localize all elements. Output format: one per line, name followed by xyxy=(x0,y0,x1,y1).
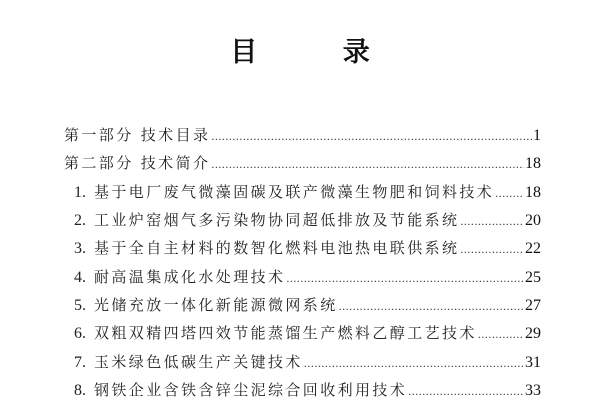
toc-item-label: 光储充放一体化新能源微网系统 xyxy=(94,296,338,314)
toc-item-3[interactable]: 3.基于全自主材料的数智化燃料电池热电联供系统 22 xyxy=(74,235,541,261)
dot-leader xyxy=(211,151,524,177)
toc-item-label: 耐高温集成化水处理技术 xyxy=(94,268,285,286)
toc-page-number: 29 xyxy=(525,321,541,347)
toc-page-number: 18 xyxy=(525,151,541,177)
toc-item-label: 玉米绿色低碳生产关键技术 xyxy=(94,353,303,371)
toc-page-number: 20 xyxy=(525,208,541,234)
toc-item-6[interactable]: 6.双粗双精四塔四效节能蒸馏生产燃料乙醇工艺技术 29 xyxy=(74,320,541,346)
toc-item-label: 基于全自主材料的数智化燃料电池热电联供系统 xyxy=(94,239,459,257)
toc-part-2[interactable]: 第二部分 技术简介 18 xyxy=(64,150,541,176)
toc-item-number: 7. xyxy=(74,354,86,371)
dot-leader xyxy=(408,378,524,400)
toc-page-number: 1 xyxy=(533,123,541,149)
toc-item-label: 双粗双精四塔四效节能蒸馏生产燃料乙醇工艺技术 xyxy=(94,324,477,342)
toc-item-number: 8. xyxy=(74,382,86,399)
toc-page-number: 33 xyxy=(525,378,541,400)
toc-part-label: 第一部分 技术目录 xyxy=(64,122,210,148)
dot-leader xyxy=(211,123,532,149)
toc-item-4[interactable]: 4.耐高温集成化水处理技术 25 xyxy=(74,264,541,290)
dot-leader xyxy=(460,208,524,234)
toc-item-number: 3. xyxy=(74,240,86,257)
toc-item-5[interactable]: 5.光储充放一体化新能源微网系统 27 xyxy=(74,292,541,318)
toc-page-number: 25 xyxy=(525,265,541,291)
toc-item-1[interactable]: 1.基于电厂废气微藻固碳及联产微藻生物肥和饲料技术 18 xyxy=(74,179,541,205)
toc-part-label: 第二部分 技术简介 xyxy=(64,150,210,176)
dot-leader xyxy=(304,350,524,376)
toc-page-number: 22 xyxy=(525,236,541,262)
toc-item-7[interactable]: 7.玉米绿色低碳生产关键技术 31 xyxy=(74,349,541,375)
dot-leader xyxy=(286,265,524,291)
toc-page-number: 31 xyxy=(525,350,541,376)
toc-part-1[interactable]: 第一部分 技术目录 1 xyxy=(64,122,541,148)
toc-item-label: 钢铁企业含铁含锌尘泥综合回收利用技术 xyxy=(94,381,407,399)
toc-item-number: 4. xyxy=(74,269,86,286)
toc-item-label: 工业炉窑烟气多污染物协同超低排放及节能系统 xyxy=(94,211,459,229)
dot-leader xyxy=(478,321,524,347)
toc-item-number: 5. xyxy=(74,297,86,314)
toc-item-2[interactable]: 2.工业炉窑烟气多污染物协同超低排放及节能系统 20 xyxy=(74,207,541,233)
dot-leader xyxy=(460,236,524,262)
toc-item-number: 1. xyxy=(74,184,86,201)
dot-leader xyxy=(495,180,524,206)
dot-leader xyxy=(339,293,524,319)
toc-page-number: 27 xyxy=(525,293,541,319)
toc-item-number: 6. xyxy=(74,325,86,342)
document-page: 目 录 第一部分 技术目录 1 第二部分 技术简介 18 1.基于电厂废气微藻固… xyxy=(0,0,600,400)
toc-item-label: 基于电厂废气微藻固碳及联产微藻生物肥和饲料技术 xyxy=(94,183,494,201)
toc-item-number: 2. xyxy=(74,212,86,229)
toc-page-number: 18 xyxy=(525,180,541,206)
toc-item-8[interactable]: 8.钢铁企业含铁含锌尘泥综合回收利用技术 33 xyxy=(74,377,541,400)
page-title: 目 录 xyxy=(0,30,600,69)
